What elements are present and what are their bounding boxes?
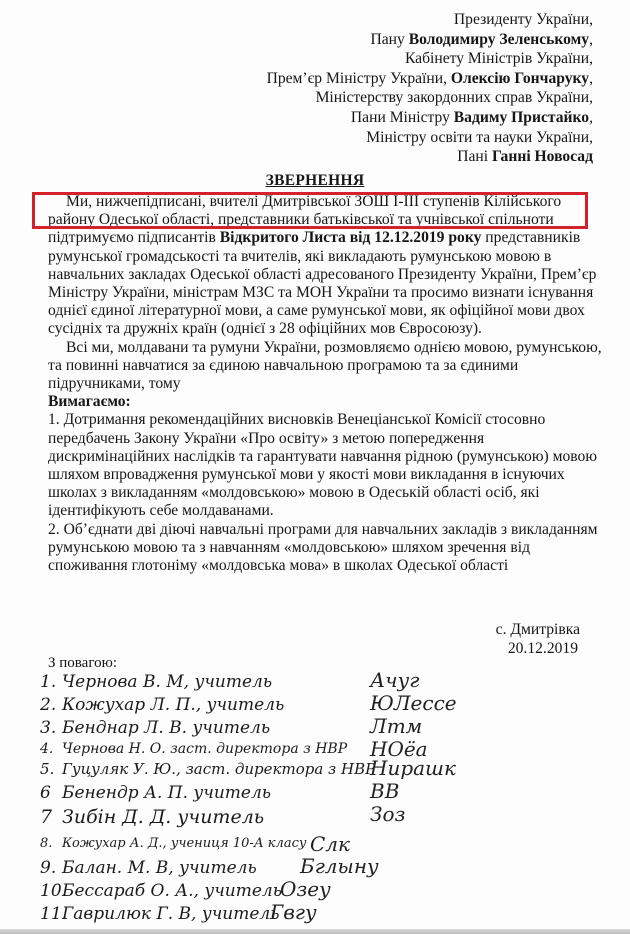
addressee-line: Прем’єр Міністру України, Олексію Гончар… [267,69,593,89]
place: с. Дмитрівка [496,620,580,639]
place-date-block: с. Дмитрівка 20.12.2019 [496,620,580,658]
scan-edge-strip [0,929,630,934]
paragraph-support: Ми, нижчепідписані, вчителі Дмитрівської… [48,193,608,339]
document-heading: ЗВЕРНЕННЯ [0,172,630,190]
paragraph-language: Всі ми, молдавани та румуни України, роз… [48,339,608,394]
handwritten-signature: Бглыну [300,854,379,878]
handwritten-signature: Ачуг [370,668,419,692]
signatory-name: Гуцуляк У. Ю., заст. директора з НВР [62,760,375,778]
signatory-name: Балан. М. В, учитель [62,858,257,878]
demands-label: Вимагаємо: [48,393,608,411]
signatory-name: Бенендр А. П. учитель [62,783,271,803]
signatory-name: Бессараб О. А., учитель [62,881,282,901]
scanned-letter-page: Президенту України, Пану Володимиру Зеле… [0,0,630,934]
addressee-line: Пані Ганні Новосад [267,147,593,167]
open-letter-reference: Відкритого Листа від 12.12.2019 року [220,229,482,246]
demand-item: 2. Об’єднати дві діючі навчальні програм… [48,521,608,576]
signatory-name: Бенднар Л. В. учитель [62,718,270,738]
signatory-row: 11.Гаврилюк Г. В, учительГвгу [40,904,600,927]
signatory-name: Кожухар Л. П., учитель [62,695,284,715]
addressee-line: Міністру освіти та науки України, [267,128,593,148]
addressee-line: Пану Володимиру Зеленському, [267,30,593,50]
date: 20.12.2019 [496,639,578,658]
letter-body: Ми, нижчепідписані, вчителі Дмитрівської… [48,193,608,575]
addressee-line: Пани Міністру Вадиму Пристайко, [267,108,593,128]
addressee-line: Міністерству закордонних справ України, [267,88,593,108]
addressee-line: Президенту України, [267,10,593,30]
signatory-row: 10.Бессараб О. А., учительОзеу [40,881,600,904]
signatory-row: 1.Чернова В. М, учительАчуг [40,672,600,695]
handwritten-signature: Нирашк [370,756,456,780]
signatory-name: Гаврилюк Г. В, учитель [62,904,279,924]
handwritten-signature: ВВ [370,779,399,803]
signatory-name: Чернова В. М, учитель [62,672,272,692]
signatory-row: 3.Бенднар Л. В. учительЛтм [40,718,600,741]
demand-item: 1. Дотримання рекомендаційних висновків … [48,411,608,520]
handwritten-signature: Зоз [370,802,405,826]
signatory-name: Зибін Д. Д. учитель [62,806,264,828]
signatory-row: 5.Гуцуляк У. Ю., заст. директора з НВРНи… [40,760,600,783]
signatory-row: 2.Кожухар Л. П., учительЮЛессе [40,695,600,718]
highlighted-sentence: Ми, нижчепідписані, вчителі Дмитрівської… [48,193,561,228]
handwritten-signature: Слк [310,832,350,856]
handwritten-signature: Лтм [370,714,422,738]
signatory-name: Чернова Н. О. заст. директора з НВР [62,741,347,757]
signatory-row: 4.Чернова Н. О. заст. директора з НВРНОё… [40,741,600,760]
signatory-row: 6Бенендр А. П. учительВВ [40,783,600,806]
handwritten-signature: Озеу [280,877,331,901]
signatory-name: Кожухар А. Д., учениця 10-А класу [62,836,306,851]
handwritten-signature: ЮЛессе [370,691,457,715]
handwritten-signature: Гвгу [270,900,317,924]
addressee-block: Президенту України, Пану Володимиру Зеле… [267,10,593,167]
signatory-list: 1.Чернова В. М, учительАчуг 2.Кожухар Л.… [40,672,600,927]
closing-phrase: З повагою: [48,655,117,672]
addressee-line: Кабінету Міністрів України, [267,49,593,69]
